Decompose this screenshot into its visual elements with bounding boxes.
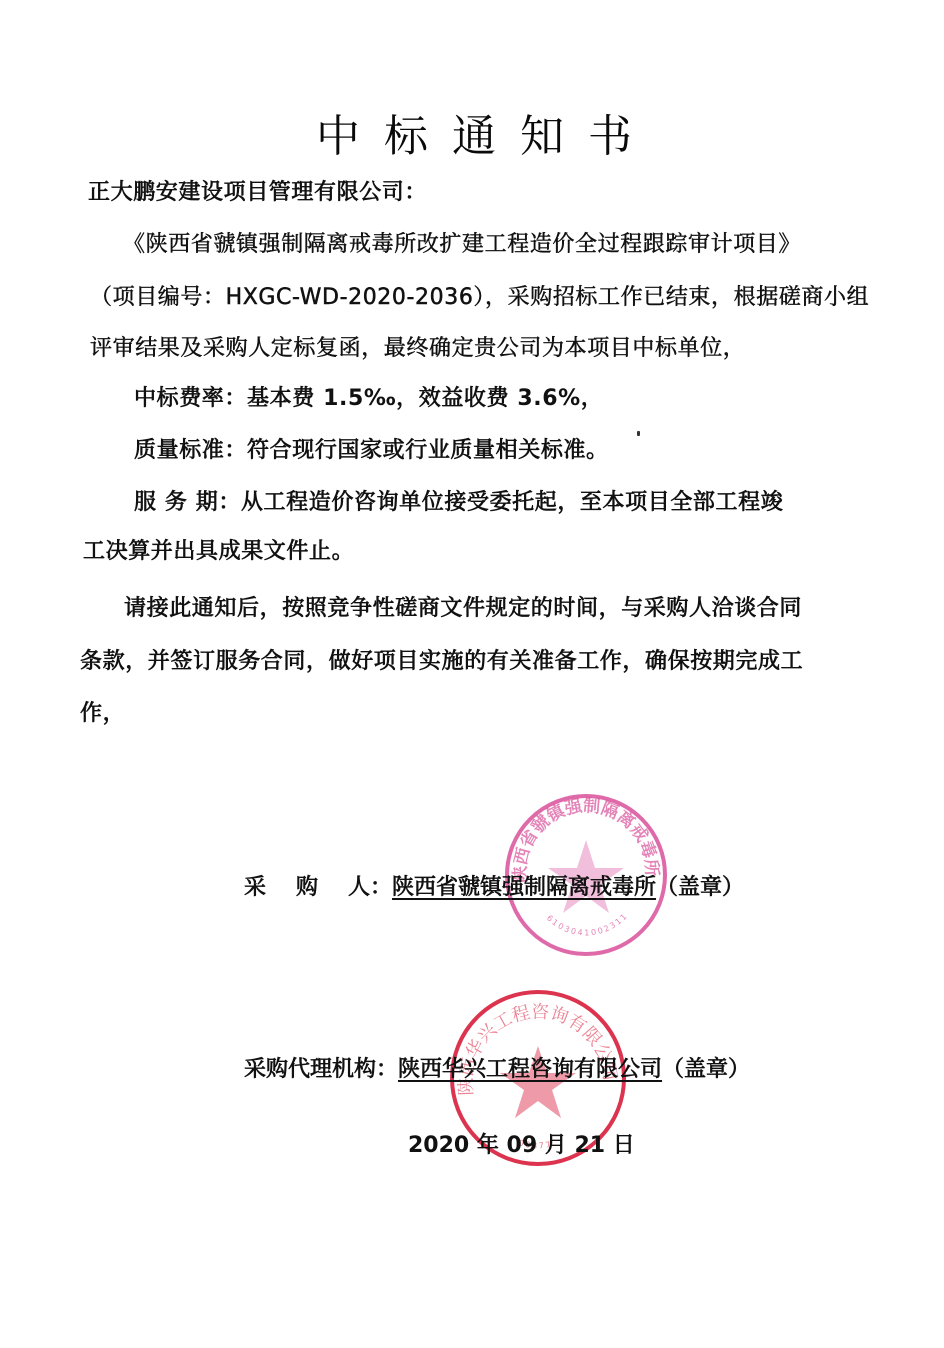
purchaser-seal-note: （盖章）: [656, 875, 744, 900]
agency-label: 采购代理机构：: [244, 1057, 398, 1082]
svg-text:陕西省虢镇强制隔离戒毒所: 陕西省虢镇强制隔离戒毒所: [510, 795, 663, 883]
scan-speck: [637, 431, 640, 436]
purchaser-label: 采购人：: [244, 875, 392, 900]
issue-date: 2020 年 09 月 21 日: [408, 1131, 635, 1161]
service-period-continuation: 工决算并出具成果文件止。: [83, 537, 354, 567]
instruction-line-2: 条款，并签订服务合同，做好项目实施的有关准备工作，确保按期完成工: [80, 647, 803, 677]
quality-standard-label: 质量标准：: [134, 438, 247, 463]
service-period-value: 从工程造价咨询单位接受委托起，至本项目全部工程竣: [241, 490, 783, 515]
addressee: 正大鹏安建设项目管理有限公司：: [88, 178, 427, 208]
fee-rate-label: 中标费率：: [134, 386, 247, 411]
quality-standard-field: 质量标准：符合现行国家或行业质量相关标准。: [134, 436, 609, 466]
service-period-label: 服 务 期：: [134, 490, 241, 515]
quality-standard-value: 符合现行国家或行业质量相关标准。: [247, 438, 609, 463]
purchaser-signature-line: 采购人：陕西省虢镇强制隔离戒毒所（盖章）: [244, 873, 744, 903]
fee-rate-field: 中标费率：基本费 1.5‰，效益收费 3.6%，: [134, 384, 603, 414]
agency-seal-note: （盖章）: [662, 1057, 750, 1082]
notice-page: 中标通知书 正大鹏安建设项目管理有限公司： 《陕西省虢镇强制隔离戒毒所改扩建工程…: [0, 0, 944, 1348]
service-period-field: 服 务 期：从工程造价咨询单位接受委托起，至本项目全部工程竣: [134, 488, 783, 518]
purchaser-name: 陕西省虢镇强制隔离戒毒所: [392, 875, 656, 900]
award-result-line: 评审结果及采购人定标复函，最终确定贵公司为本项目中标单位，: [90, 334, 745, 364]
agency-signature-line: 采购代理机构：陕西华兴工程咨询有限公司（盖章）: [244, 1055, 750, 1085]
svg-text:6103041002311: 6103041002311: [545, 911, 630, 938]
project-number-line: （项目编号：HXGC-WD-2020-2036），采购招标工作已结束，根据磋商小…: [90, 283, 869, 313]
project-name-line: 《陕西省虢镇强制隔离戒毒所改扩建工程造价全过程跟踪审计项目》: [123, 230, 801, 260]
instruction-line-1: 请接此通知后，按照竞争性磋商文件规定的时间，与采购人洽谈合同: [124, 594, 802, 624]
instruction-line-3: 作，: [80, 699, 125, 729]
agency-name: 陕西华兴工程咨询有限公司: [398, 1057, 662, 1082]
fee-rate-value: 基本费 1.5‰，效益收费 3.6%，: [247, 386, 603, 411]
document-title: 中标通知书: [0, 100, 944, 164]
